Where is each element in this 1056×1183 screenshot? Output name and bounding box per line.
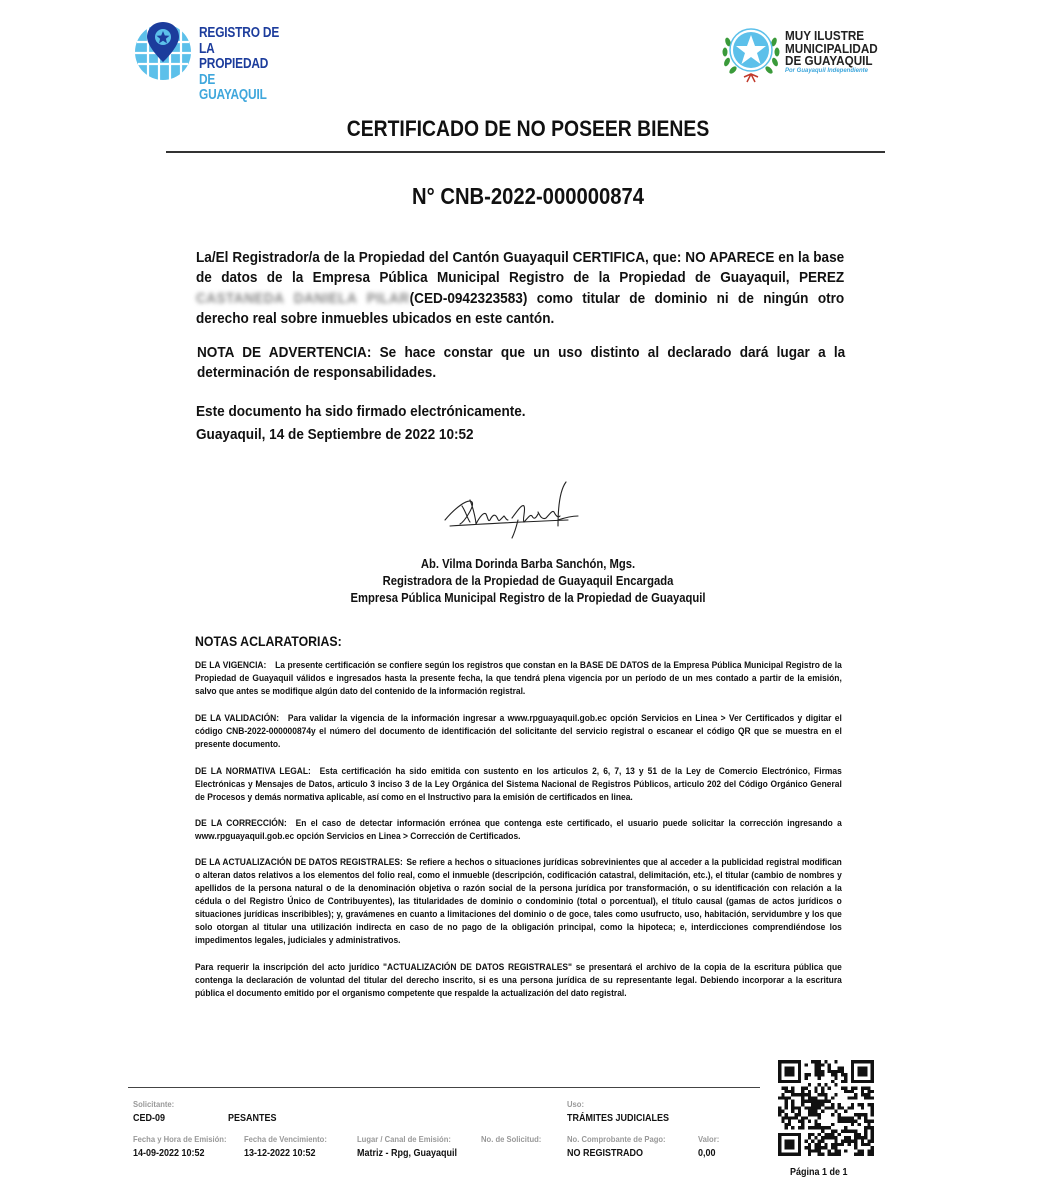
logo-line-2: LA PROPIEDAD xyxy=(199,42,284,73)
solicitante-label: Solicitante: xyxy=(133,1099,174,1109)
municipalidad-logo-text: MUY ILUSTRE MUNICIPALIDAD DE GUAYAQUIL xyxy=(785,30,878,68)
title-divider xyxy=(166,151,885,153)
notes-title: NOTAS ACLARATORIAS: xyxy=(195,633,342,649)
star-laurel-emblem-icon xyxy=(720,22,782,84)
note-normativa-legal: DE LA NORMATIVA LEGAL:Esta certificación… xyxy=(195,765,842,804)
note-text: Se refiere a hechos o situaciones jurídi… xyxy=(195,857,842,946)
signed-notice: Este documento ha sido firmado electróni… xyxy=(196,402,844,422)
note-text: La presente certificación se confiere se… xyxy=(195,660,842,697)
note-head: DE LA ACTUALIZACIÓN DE DATOS REGISTRALES… xyxy=(195,857,403,868)
qr-code-icon[interactable] xyxy=(778,1060,874,1156)
certification-text-1: La/El Registrador/a de la Propiedad del … xyxy=(196,250,844,286)
valor-label: Valor: xyxy=(698,1134,719,1144)
municipalidad-logo: MUY ILUSTRE MUNICIPALIDAD DE GUAYAQUIL P… xyxy=(720,20,890,85)
logo-tagline: Por Guayaquil Independiente xyxy=(785,68,868,74)
solicitud-label: No. de Solicitud: xyxy=(481,1134,541,1144)
page-number: Página 1 de 1 xyxy=(790,1167,848,1178)
document-title: CERTIFICADO DE NO POSEER BIENES xyxy=(63,116,992,142)
note-validacion: DE LA VALIDACIÓN:Para validar la vigenci… xyxy=(195,712,842,751)
emision-label: Fecha y Hora de Emisión: xyxy=(133,1134,227,1144)
note-correccion: DE LA CORRECCIÓN:En el caso de detectar … xyxy=(195,817,842,843)
vencimiento-label: Fecha de Vencimiento: xyxy=(244,1134,327,1144)
footer-divider xyxy=(128,1087,760,1088)
logo-line-3: DE GUAYAQUIL xyxy=(199,73,284,104)
signer-organization: Empresa Pública Municipal Registro de la… xyxy=(53,590,1003,607)
logo-line-3: DE GUAYAQUIL xyxy=(785,55,878,68)
uso-label: Uso: xyxy=(567,1099,584,1109)
lugar-label: Lugar / Canal de Emisión: xyxy=(357,1134,451,1144)
note-head: DE LA VALIDACIÓN: xyxy=(195,713,279,724)
redacted-name: CASTANEDA DANIELA PILAR xyxy=(196,291,410,307)
note-text: Para requerir la inscripción del acto ju… xyxy=(195,962,842,999)
certificate-number: N° CNB-2022-000000874 xyxy=(63,183,992,210)
logo-line-1: REGISTRO DE xyxy=(199,26,284,42)
solicitante-name: PESANTES xyxy=(228,1113,277,1124)
comprobante-label: No. Comprobante de Pago: xyxy=(567,1134,666,1144)
lugar-value: Matriz - Rpg, Guayaquil xyxy=(357,1148,457,1159)
comprobante-value: NO REGISTRADO xyxy=(567,1148,643,1159)
note-actualizacion: DE LA ACTUALIZACIÓN DE DATOS REGISTRALES… xyxy=(195,856,842,947)
note-head: DE LA CORRECCIÓN: xyxy=(195,818,287,829)
certification-paragraph: La/El Registrador/a de la Propiedad del … xyxy=(196,248,844,329)
place-date: Guayaquil, 14 de Septiembre de 2022 10:5… xyxy=(196,425,844,445)
note-text: Para validar la vigencia de la informaci… xyxy=(195,713,842,750)
map-pin-globe-icon xyxy=(133,20,193,82)
note-text: En el caso de detectar información errón… xyxy=(195,818,842,842)
signer-name: Ab. Vilma Dorinda Barba Sanchón, Mgs. xyxy=(53,556,1003,573)
note-head: DE LA VIGENCIA: xyxy=(195,660,266,671)
warning-note: NOTA DE ADVERTENCIA: Se hace constar que… xyxy=(197,343,845,384)
solicitante-id: CED-09 xyxy=(133,1113,165,1124)
signer-role: Registradora de la Propiedad de Guayaqui… xyxy=(53,573,1003,590)
emision-value: 14-09-2022 10:52 xyxy=(133,1148,205,1159)
registro-propiedad-logo: REGISTRO DE LA PROPIEDAD DE GUAYAQUIL xyxy=(133,20,303,82)
registro-logo-text: REGISTRO DE LA PROPIEDAD DE GUAYAQUIL xyxy=(199,26,284,104)
note-head: DE LA NORMATIVA LEGAL: xyxy=(195,766,311,777)
handwritten-signature-icon xyxy=(440,480,580,540)
note-requerimiento: Para requerir la inscripción del acto ju… xyxy=(195,961,842,1000)
uso-value: TRÁMITES JUDICIALES xyxy=(567,1113,669,1124)
valor-value: 0,00 xyxy=(698,1148,716,1159)
note-vigencia: DE LA VIGENCIA:La presente certificación… xyxy=(195,659,842,698)
vencimiento-value: 13-12-2022 10:52 xyxy=(244,1148,316,1159)
